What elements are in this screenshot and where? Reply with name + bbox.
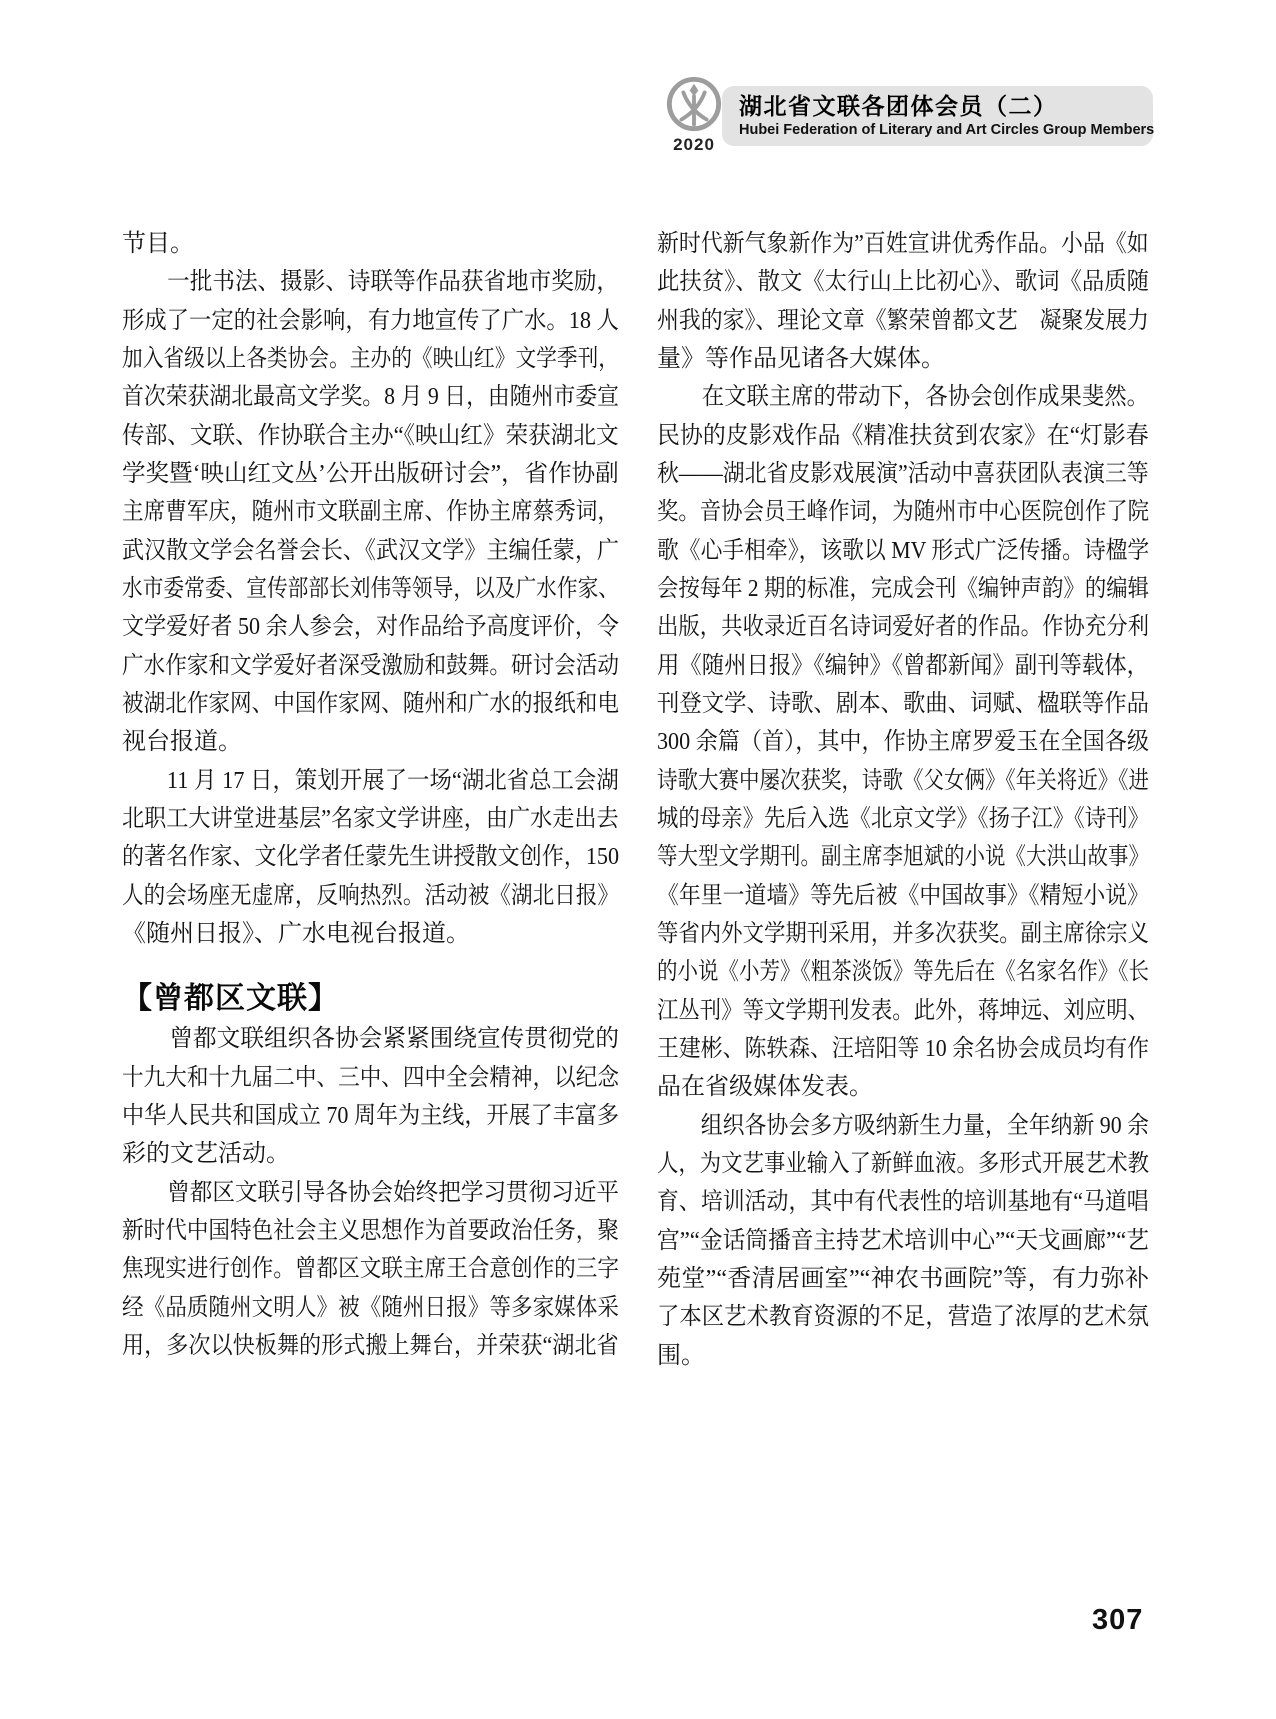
text-line: 州我的家》、理论文章《繁荣曾都文艺 凝聚发展力 <box>657 302 1105 340</box>
text-line: 此扶贫》、散文《太行山上比初心》、歌词《品质随 <box>657 263 1115 301</box>
text-line: 秋——湖北省皮影戏展演”活动中喜获团队表演三等 <box>657 455 1106 493</box>
text-line: 品在省级媒体发表。 <box>657 1068 1149 1106</box>
section-heading: 【曾都区文联】 <box>122 953 619 1020</box>
text-line: 文学爱好者 50 余人参会，对作品给予高度评价，令 <box>122 608 579 646</box>
text-line: 的小说《小芳》《粗茶淡饭》等先后在《名家名作》《长 <box>657 953 1077 991</box>
text-line: 300 余篇（首），其中，作协主席罗爱玉在全国各级 <box>657 723 1110 761</box>
text-line: 用，多次以快板舞的形式搬上舞台，并荣获“湖北省 <box>122 1327 580 1365</box>
text-line: 刊登文学、诗歌、剧本、歌曲、词赋、楹联等作品 <box>657 685 1115 723</box>
text-line: 经《品质随州文明人》被《随州日报》等多家媒体采 <box>122 1289 569 1327</box>
text-line: 形成了一定的社会影响，有力地宣传了广水。18 人 <box>122 302 585 340</box>
yearbook-page: 2020 湖北省文联各团体会员（二） Hubei Federation of L… <box>0 0 1276 1719</box>
text-line: 首次荣获湖北最高文学奖。8 月 9 日，由随州市委宣 <box>122 378 574 416</box>
text-line: 曾都文联组织各协会紧紧围绕宣传贯彻党的 <box>122 1020 612 1058</box>
text-line: 的著名作家、文化学者任蒙先生讲授散文创作，150 <box>122 838 579 876</box>
text-line: 歌《心手相牵》，该歌以 MV 形式广泛传播。诗楹学 <box>657 532 1104 570</box>
text-line: 等大型文学期刊。副主席李旭斌的小说《大洪山故事》 <box>657 838 1077 876</box>
header-title-english: Hubei Federation of Literary and Art Cir… <box>739 122 1153 138</box>
text-line: 量》等作品见诸各大媒体。 <box>657 340 1149 378</box>
text-line: 人的会场座无虚席，反响热烈。活动被《湖北日报》 <box>122 877 569 915</box>
text-line: 等省内外文学期刊采用，并多次获奖。副主席徐宗义 <box>657 915 1096 953</box>
text-line: 加入省级以上各类协会。主办的《映山红》文学季刊， <box>122 340 551 378</box>
text-line: 城的母亲》先后入选《北京文学》《扬子江》《诗刊》 <box>657 800 1096 838</box>
text-line: 江丛刊》等文学期刊发表。此外，蒋坤远、刘应明、 <box>657 992 1096 1030</box>
text-line: 诗歌大赛中屡次获奖，诗歌《父女俩》《年关将近》《进 <box>657 762 1077 800</box>
text-line: 中华人民共和国成立 70 周年为主线，开展了丰富多 <box>122 1097 579 1135</box>
text-line: 主席曹军庆，随州市文联副主席、作协主席蔡秀词， <box>122 493 569 531</box>
text-line: 宫”“金话筒播音主持艺术培训中心”“天戈画廊”“艺 <box>657 1222 1123 1260</box>
text-line: 新时代新气象新作为”百姓宣讲优秀作品。小品《如 <box>657 225 1106 263</box>
text-line: 广水作家和文学爱好者深受激励和鼓舞。研讨会活动 <box>122 647 569 685</box>
text-line: 彩的文艺活动。 <box>122 1135 619 1173</box>
text-line: 新时代中国特色社会主义思想作为首要政治任务，聚 <box>122 1212 569 1250</box>
text-line: 北职工大讲堂进基层”名家文学讲座，由广水走出去 <box>122 800 580 838</box>
header-title-bar: 湖北省文联各团体会员（二） Hubei Federation of Litera… <box>722 86 1153 146</box>
text-line: 人，为文艺事业输入了新鲜血液。多形式开展艺术教 <box>657 1145 1096 1183</box>
page-number: 307 <box>1092 1604 1143 1637</box>
text-line: 焦现实进行创作。曾都区文联主席王合意创作的三字 <box>122 1250 569 1288</box>
text-line: 出版，共收录近百名诗词爱好者的作品。作协充分利 <box>657 608 1096 646</box>
text-line: 会按每年 2 期的标准，完成会刊《编钟声韵》的编辑 <box>657 570 1096 608</box>
text-line: 《年里一道墙》等先后被《中国故事》《精短小说》 <box>657 877 1105 915</box>
wenlian-emblem-icon <box>665 76 723 134</box>
text-line: 曾都区文联引导各协会始终把学习贯彻习近平 <box>122 1174 590 1212</box>
text-line: 奖。音协会员王峰作词，为随州市中心医院创作了院 <box>657 493 1096 531</box>
text-line: 被湖北作家网、中国作家网、随州和广水的报纸和电 <box>122 685 569 723</box>
text-line: 十九大和十九届二中、三中、四中全会精神，以纪念 <box>122 1059 569 1097</box>
text-line: 一批书法、摄影、诗联等作品获省地市奖励， <box>122 263 590 301</box>
text-line: 用《随州日报》《编钟》《曾都新闻》副刊等载体， <box>657 647 1115 685</box>
text-line: 了本区艺术教育资源的不足，营造了浓厚的艺术氛 <box>657 1298 1115 1336</box>
text-line: 围。 <box>657 1337 1149 1375</box>
text-line: 视台报道。 <box>122 723 619 761</box>
left-column: 节目。一批书法、摄影、诗联等作品获省地市奖励，形成了一定的社会影响，有力地宣传了… <box>122 225 619 1365</box>
text-line: 水市委常委、宣传部部长刘伟等领导，以及广水作家、 <box>122 570 551 608</box>
text-line: 11 月 17 日，策划开展了一场“湖北省总工会湖 <box>122 762 586 800</box>
text-line: 《随州日报》、广水电视台报道。 <box>122 915 619 953</box>
text-line: 传部、文联、作协联合主办“《映山红》荣获湖北文 <box>122 417 591 455</box>
text-line: 节目。 <box>122 225 619 263</box>
text-line: 在文联主席的带动下，各协会创作成果斐然。 <box>657 378 1115 416</box>
text-line: 民协的皮影戏作品《精准扶贫到农家》在“灯影春 <box>657 417 1127 455</box>
federation-logo: 2020 <box>663 76 725 155</box>
text-line: 育、培训活动，其中有代表性的培训基地有“马道唱 <box>657 1183 1106 1221</box>
text-line: 学奖暨‘映山红文丛’公开出版研讨会”，省作协副 <box>122 455 609 493</box>
text-line: 王建彬、陈轶森、汪培阳等 10 余名协会成员均有作 <box>657 1030 1105 1068</box>
text-line: 组织各协会多方吸纳新生力量，全年纳新 90 余 <box>657 1107 1105 1145</box>
text-line: 苑堂”“香清居画室”“神农书画院”等，有力弥补 <box>657 1260 1149 1298</box>
text-line: 武汉散文学会名誉会长、《武汉文学》主编任蒙，广 <box>122 532 579 570</box>
logo-year: 2020 <box>663 135 725 155</box>
right-column: 新时代新气象新作为”百姓宣讲优秀作品。小品《如此扶贫》、散文《太行山上比初心》、… <box>657 225 1149 1375</box>
header-title-chinese: 湖北省文联各团体会员（二） <box>739 93 1153 120</box>
